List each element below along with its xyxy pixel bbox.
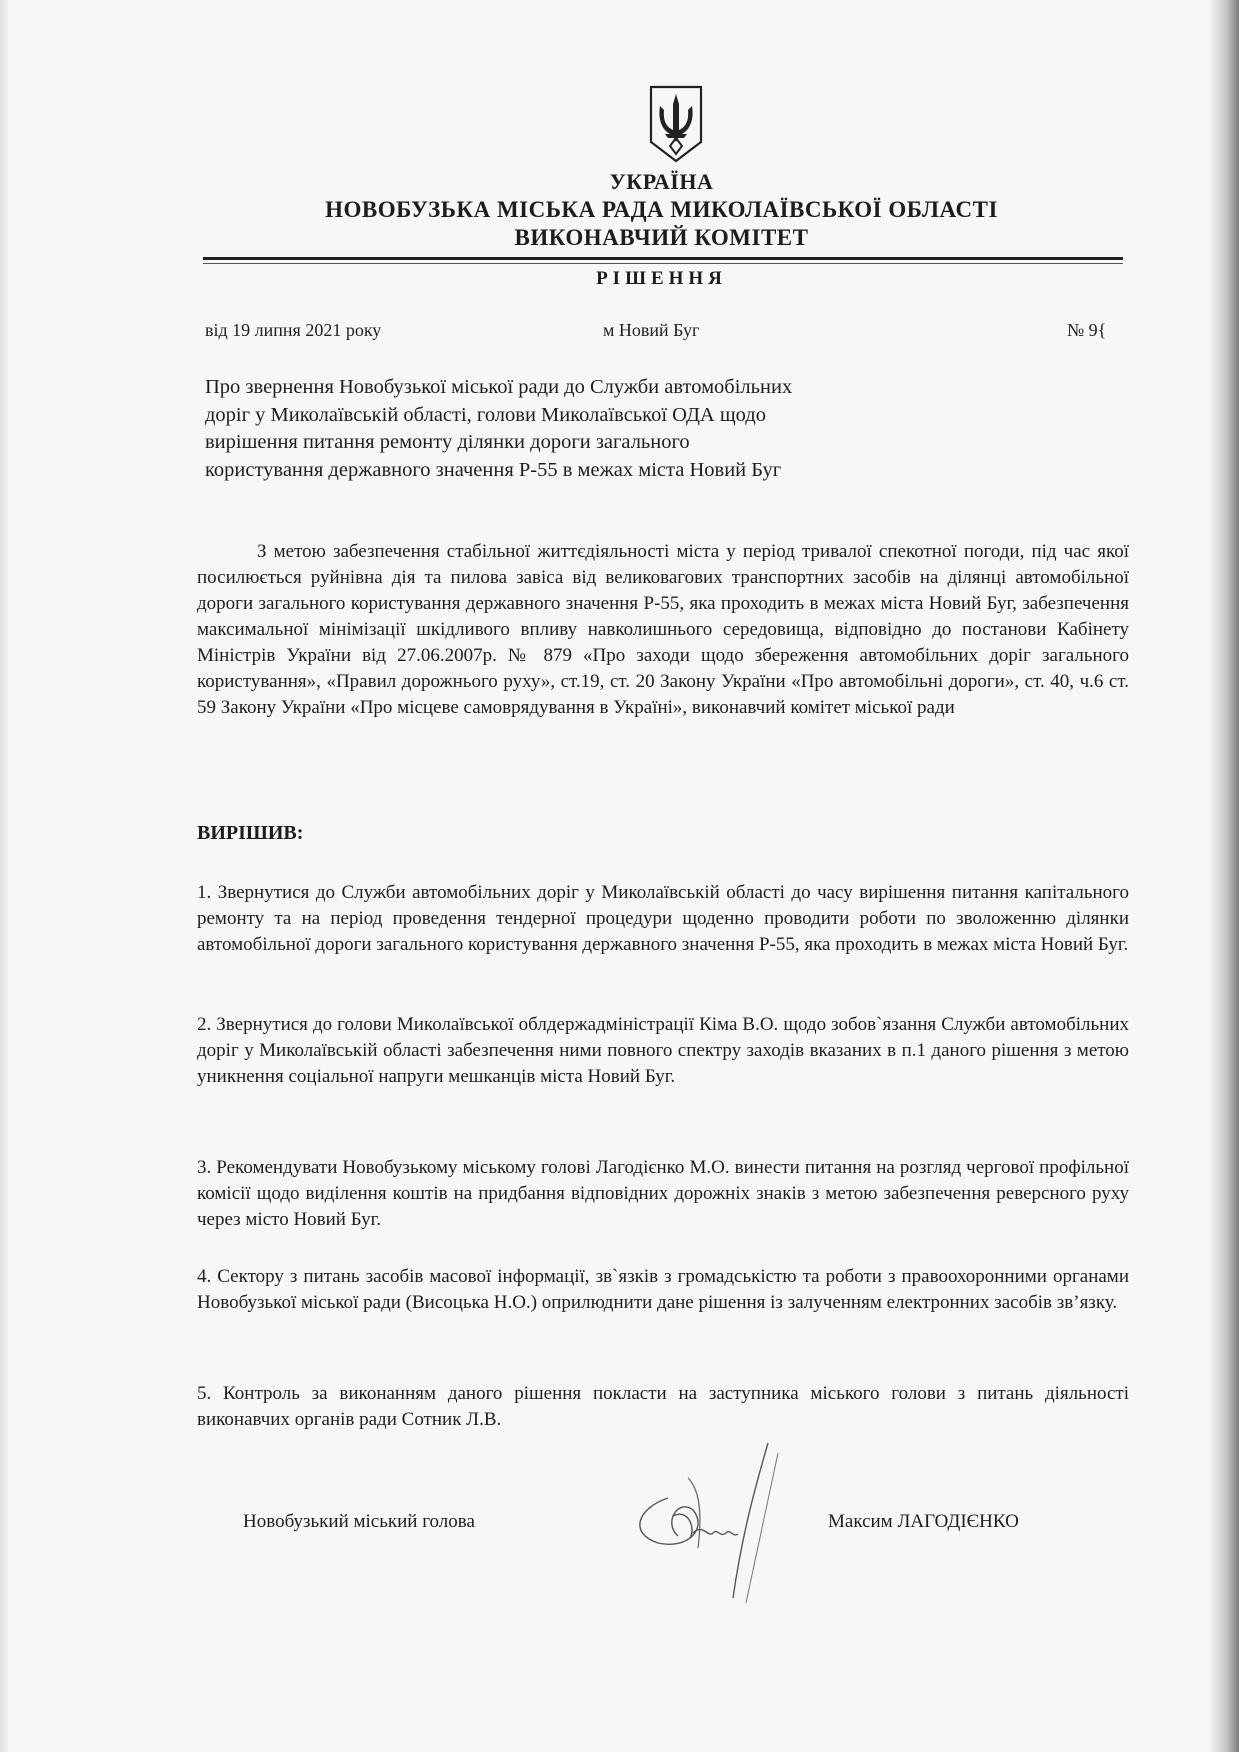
resolution-item-1: 1. Звернутися до Служби автомобільних до… [197,880,1129,958]
signatory-title: Новобузький міський голова [243,1511,475,1533]
header-committee: ВИКОНАВЧИЙ КОМІТЕТ [42,225,1239,251]
resolution-item-4: 4. Сектору з питань засобів масової інфо… [197,1264,1129,1316]
document-page: УКРАЇНА НОВОБУЗЬКА МІСЬКА РАДА МИКОЛАЇВС… [0,0,1239,1752]
document-number: № 9{ [1067,320,1106,341]
header-country: УКРАЇНА [42,169,1239,195]
signatory-name: Максим ЛАГОДІЄНКО [828,1511,1019,1533]
resolved-heading: ВИРІШИВ: [197,822,303,845]
scan-shadow-left [0,0,10,1752]
resolution-item-3: 3. Рекомендувати Новобузькому міському г… [197,1155,1129,1233]
handwritten-signature-icon [618,1438,798,1608]
document-type-title: РІШЕННЯ [42,268,1239,290]
document-date: від 19 липня 2021 року [205,320,381,341]
header-divider-thin [203,263,1123,264]
header-council: НОВОБУЗЬКА МІСЬКА РАДА МИКОЛАЇВСЬКОЇ ОБЛ… [42,197,1239,223]
resolution-item-5: 5. Контроль за виконанням даного рішення… [197,1381,1129,1433]
scan-shadow-right [1209,0,1239,1752]
resolution-item-2: 2. Звернутися до голови Миколаївської об… [197,1012,1129,1090]
document-city: м Новий Буг [603,320,699,341]
trident-coat-of-arms-icon [648,84,704,164]
document-subject: Про звернення Новобузької міської ради д… [205,374,805,484]
preamble-paragraph: З метою забезпечення стабільної життєдія… [197,539,1129,721]
header-divider-thick [203,257,1123,260]
